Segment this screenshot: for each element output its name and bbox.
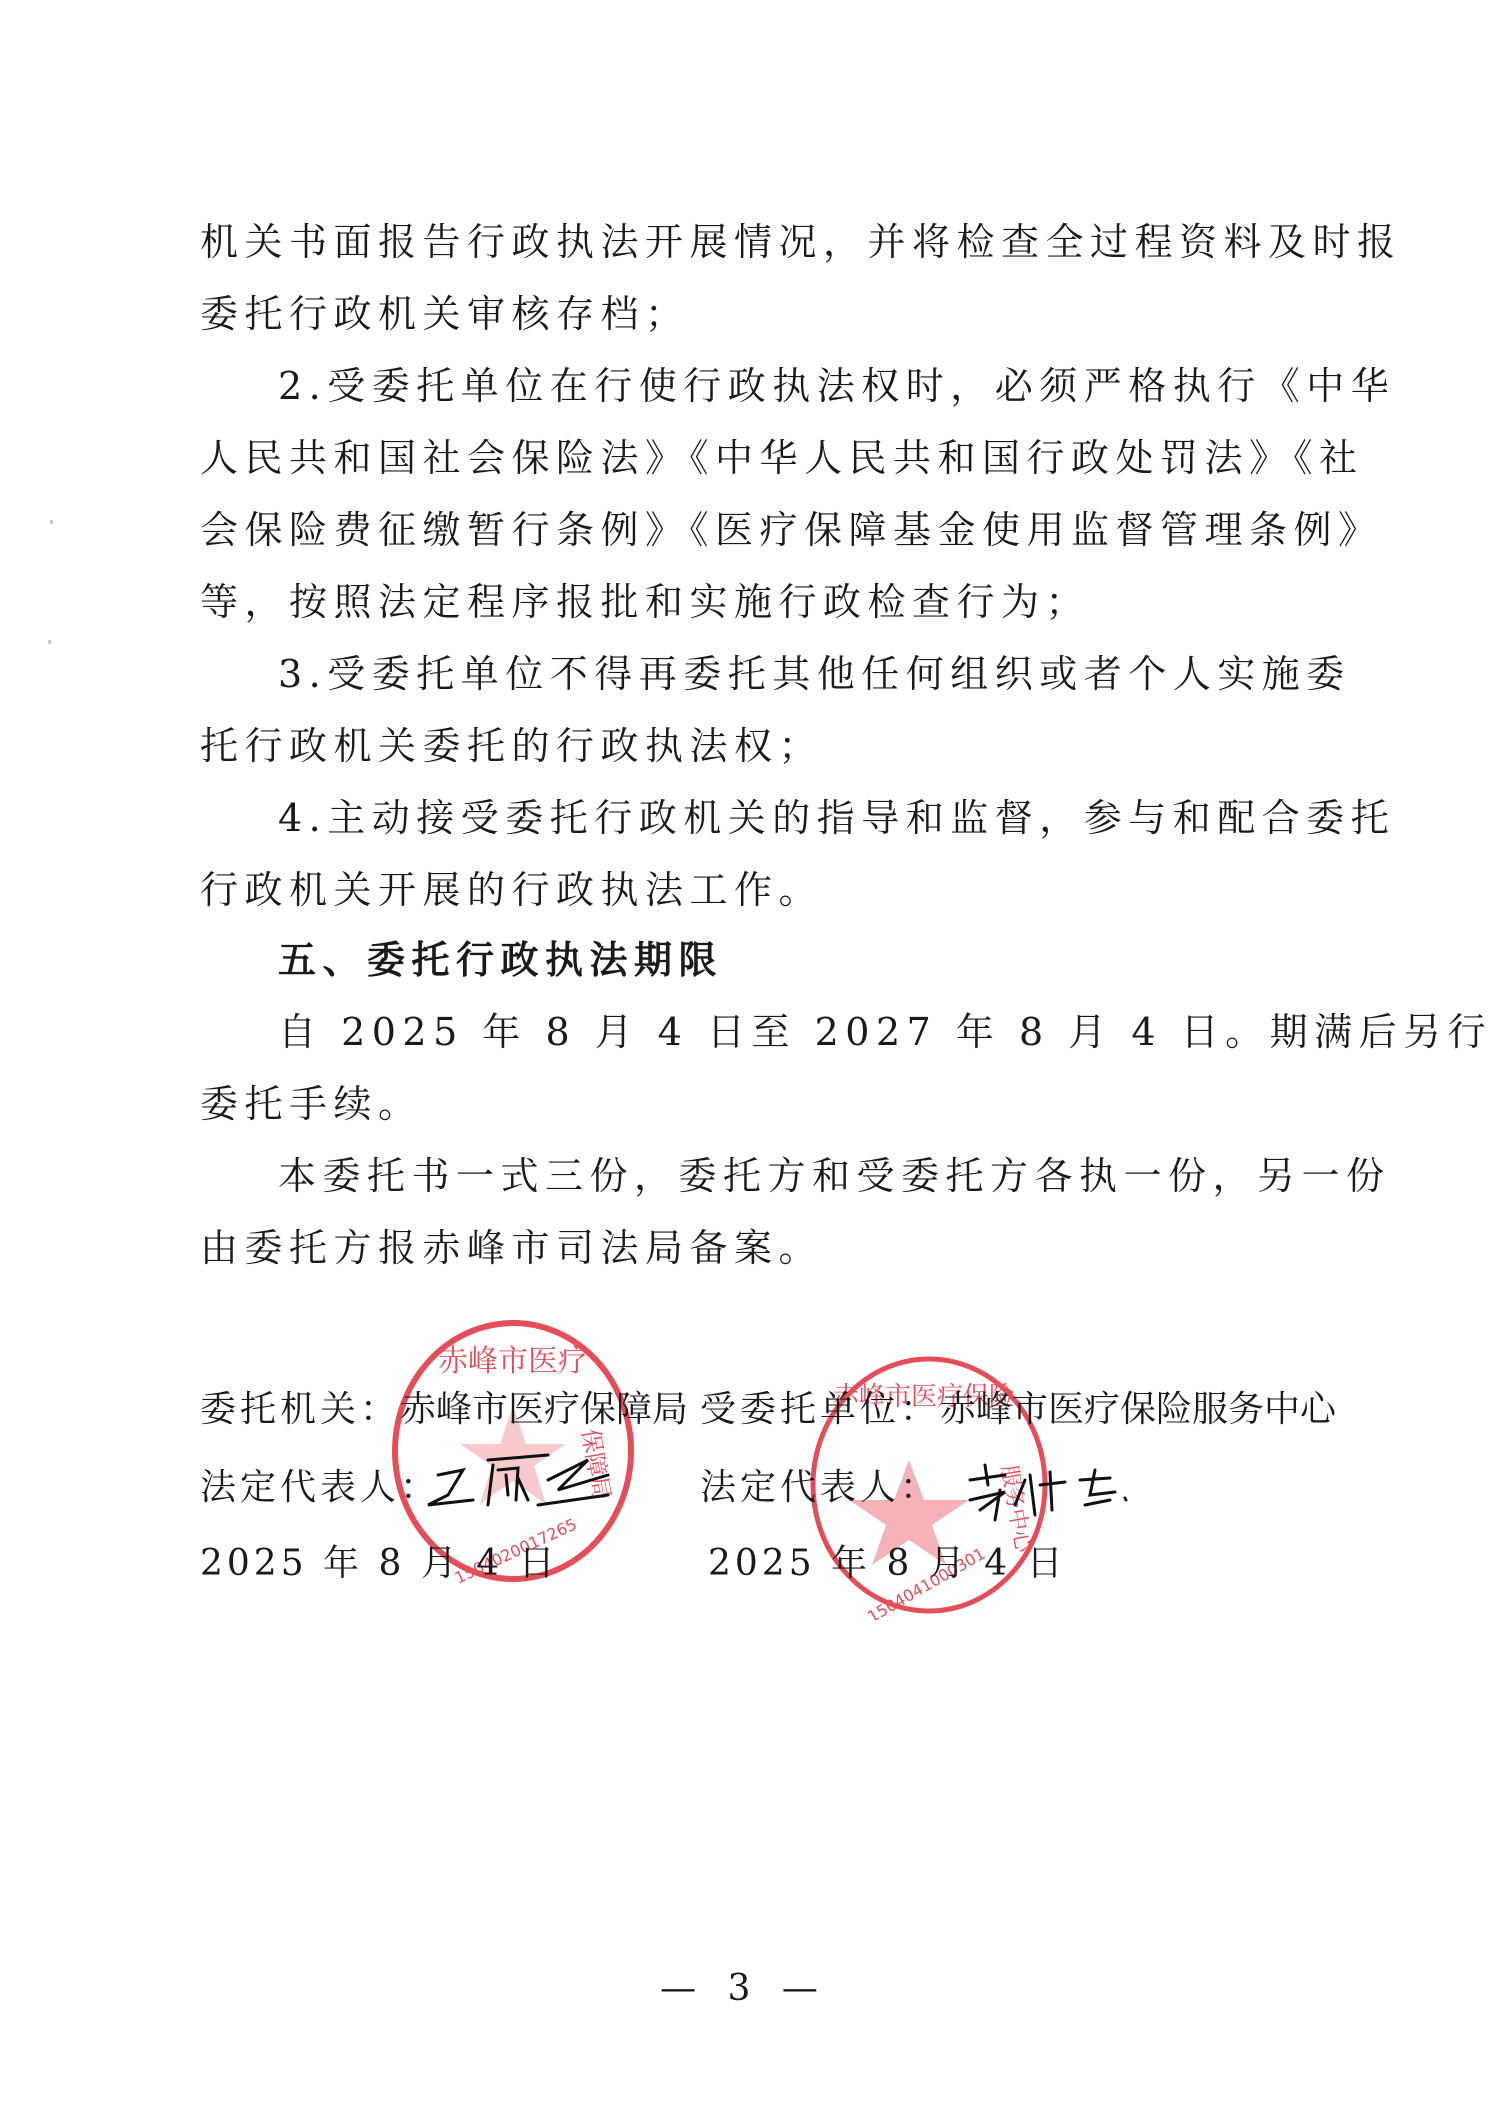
- section-heading: 五、委托行政执法期限: [278, 938, 1280, 982]
- entrusted-rep-signature: [960, 1450, 1130, 1530]
- entrusting-rep-label: 法定代表人：: [200, 1466, 440, 1510]
- clause-2-line: 2.受委托单位在行使行政执法权时，必须严格执行《中华: [278, 364, 1280, 408]
- term-line: 自 2025 年 8 月 4 日至 2027 年 8 月 4 日。期满后另行办理: [278, 1010, 1280, 1054]
- scan-speck: [48, 640, 51, 644]
- body-line: 人民共和国社会保险法》《中华人民共和国行政处罚法》《社: [200, 436, 1280, 480]
- entrusting-authority-label: 委托机关：: [200, 1389, 400, 1430]
- entrusted-unit-row: 受委托单位：赤峰市医疗保险服务中心: [700, 1388, 1336, 1432]
- body-line: 机关书面报告行政执法开展情况，并将检查全过程资料及时报: [200, 220, 1280, 264]
- page-number: — 3 —: [0, 1968, 1488, 2009]
- term-line: 委托手续。: [200, 1082, 1280, 1126]
- entrusting-authority-name: 赤峰市医疗保障局: [400, 1389, 688, 1430]
- entrusted-unit-name: 赤峰市医疗保险服务中心: [940, 1389, 1336, 1430]
- clause-4-line: 4.主动接受委托行政机关的指导和监督，参与和配合委托: [278, 796, 1280, 840]
- entrusted-unit-label: 受委托单位：: [700, 1389, 940, 1430]
- body-line: 等，按照法定程序报批和实施行政检查行为；: [200, 580, 1280, 624]
- entrusted-date: 2025 年 8 月 4 日: [708, 1542, 1067, 1586]
- entrusted-rep-label: 法定代表人：: [700, 1466, 940, 1510]
- body-line: 会保险费征缴暂行条例》《医疗保障基金使用监督管理条例》: [200, 508, 1280, 552]
- body-line: 托行政机关委托的行政执法权；: [200, 724, 1280, 768]
- entrusting-authority-row: 委托机关：赤峰市医疗保障局: [200, 1388, 688, 1432]
- copies-line: 由委托方报赤峰市司法局备案。: [200, 1226, 1280, 1270]
- entrusting-rep-signature: [418, 1440, 618, 1520]
- document-page: 机关书面报告行政执法开展情况，并将检查全过程资料及时报 委托行政机关审核存档； …: [0, 0, 1488, 2104]
- copies-line: 本委托书一式三份，委托方和受委托方各执一份，另一份: [278, 1154, 1280, 1198]
- clause-3-line: 3.受委托单位不得再委托其他任何组织或者个人实施委: [278, 652, 1280, 696]
- entrusting-date: 2025 年 8 月 4 日: [200, 1542, 559, 1586]
- svg-text:赤峰市医疗: 赤峰市医疗: [438, 1344, 588, 1379]
- scan-speck: [50, 520, 53, 524]
- body-line: 委托行政机关审核存档；: [200, 292, 1280, 336]
- body-line: 行政机关开展的行政执法工作。: [200, 868, 1280, 912]
